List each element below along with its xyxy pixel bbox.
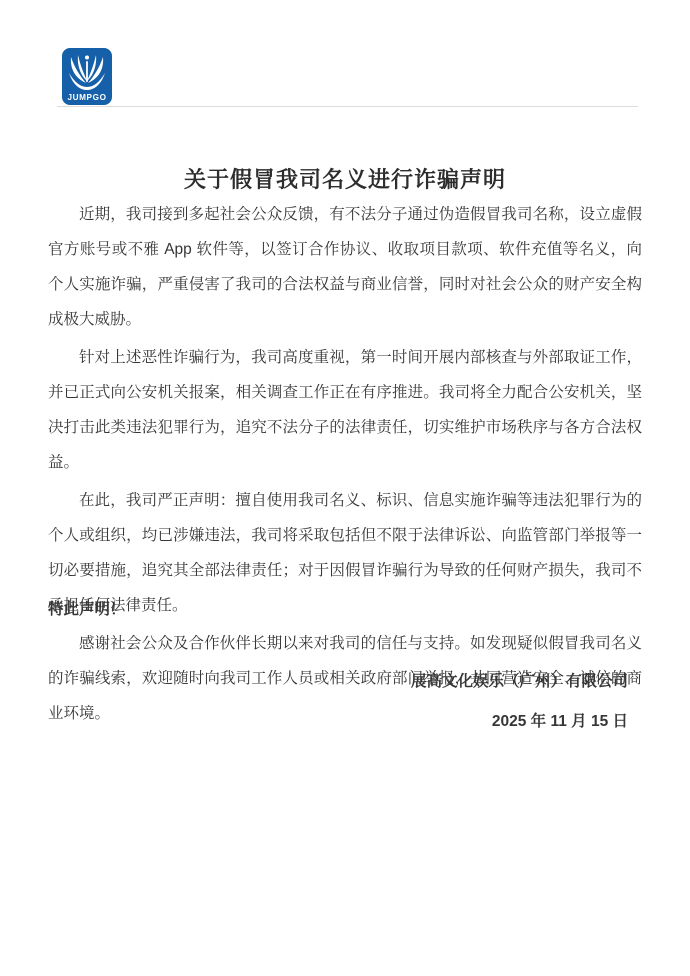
page-title: 关于假冒我司名义进行诈骗声明 — [0, 163, 690, 194]
closing-statement: 特此声明！ — [48, 597, 126, 619]
statement-date: 2025 年 11 月 15 日 — [48, 702, 642, 742]
paragraph-1: 近期，我司接到多起社会公众反馈，有不法分子通过伪造假冒我司名称，设立虚假官方账号… — [48, 197, 642, 337]
header-divider — [57, 106, 638, 107]
paragraph-2: 针对上述恶性诈骗行为，我司高度重视，第一时间开展内部核查与外部取证工作，并已正式… — [48, 340, 642, 480]
logo-brand-text: JUMPGO — [67, 93, 106, 102]
signature-block: 展高文化娱乐（广州）有限公司 2025 年 11 月 15 日 — [48, 662, 642, 742]
statement-page: JUMPGO 关于假冒我司名义进行诈骗声明 近期，我司接到多起社会公众反馈，有不… — [0, 0, 690, 976]
statement-body: 近期，我司接到多起社会公众反馈，有不法分子通过伪造假冒我司名称，设立虚假官方账号… — [48, 197, 642, 734]
company-logo: JUMPGO — [62, 48, 112, 105]
paragraph-3: 在此，我司严正声明：擅自使用我司名义、标识、信息实施诈骗等违法犯罪行为的个人或组… — [48, 483, 642, 623]
jumpgo-emblem-icon: JUMPGO — [62, 48, 112, 105]
company-signature: 展高文化娱乐（广州）有限公司 — [48, 662, 642, 702]
